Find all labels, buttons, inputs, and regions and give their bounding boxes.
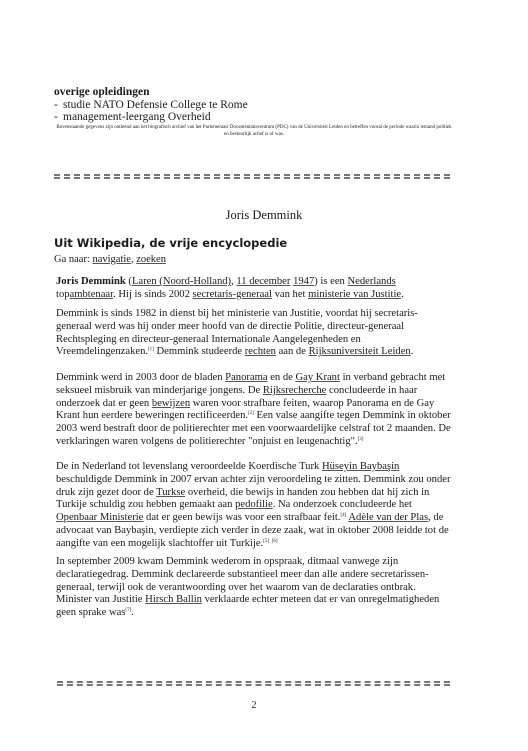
paragraph-career: Demmink is sinds 1982 in dienst bij het … [56,308,452,359]
paragraph-intro: Joris Demmink (Laren (Noord-Holland), 11… [56,276,452,302]
page-number: 2 [0,700,508,711]
footnote-ref[interactable]: [6] [272,539,278,544]
link-rijksuniversiteit-leiden[interactable]: Rijksuniversiteit Leiden [309,346,411,357]
separator-rule [57,681,450,686]
link-zoeken[interactable]: zoeken [136,254,166,265]
subject-name: Joris Demmink [56,276,126,287]
separator-rule [54,174,450,179]
link-nederlands[interactable]: Nederlands [348,276,396,287]
paragraph-2009: In september 2009 kwam Demmink wederom i… [56,556,452,620]
link-pedofilie[interactable]: pedofilie [235,499,273,510]
link-hirsch-ballin[interactable]: Hirsch Ballin [145,594,202,605]
source-note: Bovenstaande gegevens zijn ontleend aan … [54,124,454,138]
link-secretaris-generaal[interactable]: secretaris-generaal [193,289,272,300]
document-page: overige opleidingen -studie NATO Defensi… [0,0,528,751]
link-laren[interactable]: Laren (Noord-Holland) [132,276,231,287]
wikipedia-source-heading: Uit Wikipedia, de vrije encyclopedie [54,236,287,250]
link-gay-krant[interactable]: Gay Krant [296,372,340,383]
link-panorama[interactable]: Panorama [225,372,267,383]
link-navigatie[interactable]: navigatie [92,254,130,265]
education-item: -management-leergang Overheid [54,111,454,124]
link-adele-van-der-plas[interactable]: Adèle van der Plas [348,512,428,523]
link-turkse[interactable]: Turkse [156,487,185,498]
education-item: -studie NATO Defensie College te Rome [54,99,454,112]
education-heading: overige opleidingen [54,86,454,99]
link-1947[interactable]: 1947 [293,276,314,287]
link-ambtenaar[interactable]: ambtenaar [70,289,114,300]
education-section: overige opleidingen -studie NATO Defensi… [54,86,454,124]
article-title: Joris Demmink [0,208,528,223]
paragraph-2003: Demmink werd in 2003 door de bladen Pano… [56,372,452,449]
link-11-december[interactable]: 11 december [236,276,290,287]
link-ministerie-van-justitie[interactable]: ministerie van Justitie [308,289,401,300]
link-openbaar-ministerie[interactable]: Openbaar Ministerie [56,512,143,523]
link-rijksrecherche[interactable]: Rijksrecherche [263,385,327,396]
link-bewijzen[interactable]: bewijzen [152,398,190,409]
footnote-ref[interactable]: [3] [358,437,364,442]
paragraph-2007: De in Nederland tot levenslang veroordee… [56,461,452,551]
footnote-ref[interactable]: [5] [263,539,269,544]
link-huseyin-baybasin[interactable]: Hüseyin Baybaşin [322,461,399,472]
link-rechten[interactable]: rechten [245,346,276,357]
goto-nav: Ga naar: navigatie, zoeken [54,254,166,265]
